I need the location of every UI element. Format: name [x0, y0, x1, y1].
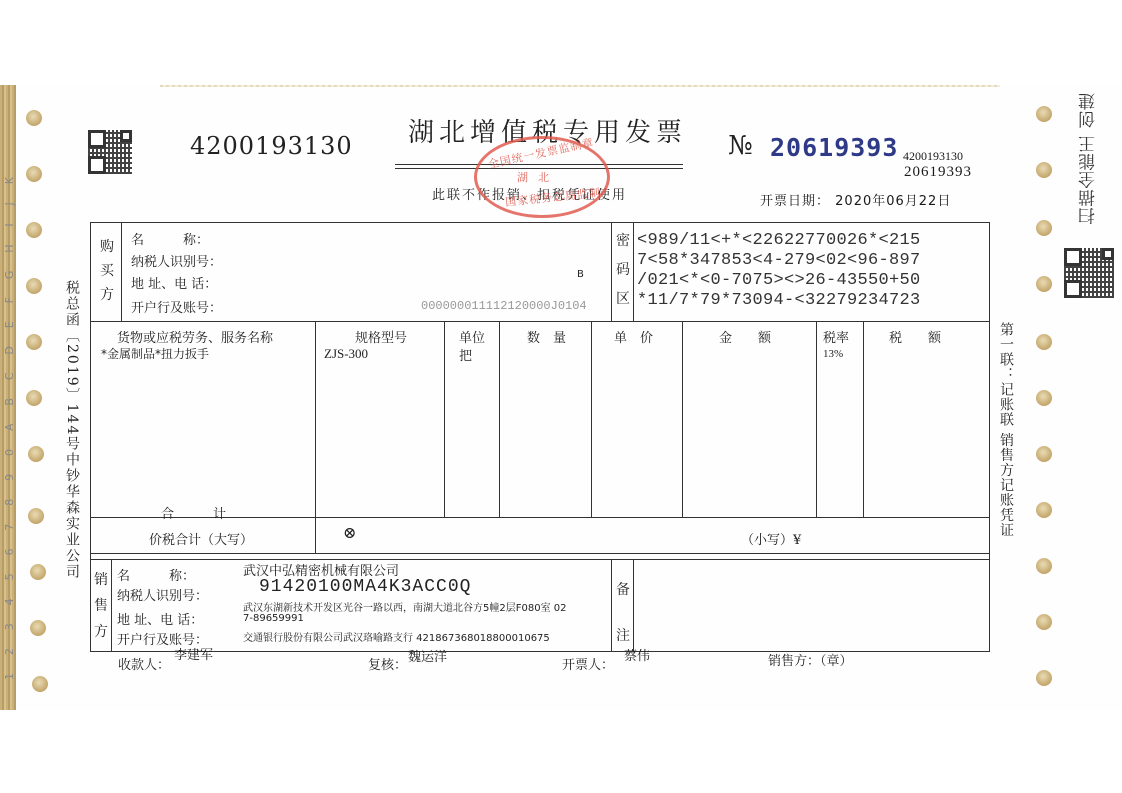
punch-hole	[1036, 106, 1052, 122]
divider	[633, 559, 634, 651]
paper-edge	[160, 85, 1000, 87]
seller-tax-id-label: 纳税人识别号：	[117, 585, 208, 604]
divider	[91, 321, 989, 322]
buyer-bank-label: 开户行及账号：	[131, 297, 222, 316]
number-sign: №	[728, 131, 753, 161]
seller-stamp-label: 销售方：（章）	[768, 650, 853, 669]
buyer-tax-id-label: 纳税人识别号：	[131, 251, 222, 270]
divider	[633, 223, 634, 321]
invoice-table: 购买方 名 称： 纳税人识别号： 地 址、电 话： B 开户行及账号： 0000…	[90, 222, 990, 652]
divider	[591, 321, 592, 517]
divider	[121, 223, 122, 321]
payee-label: 收款人：	[118, 654, 170, 673]
punch-hole	[1036, 334, 1052, 350]
divider	[315, 321, 316, 517]
punch-hole	[26, 166, 42, 182]
seal-text-bottom: 国家税务总局监制	[504, 184, 601, 210]
punch-hole	[28, 446, 44, 462]
column-ruler: 1 2 3 4 5 6 7 8 9 0 A B C D E F G H I J …	[3, 110, 17, 680]
cipher-line: /021<*<0-7075><>26-43550+50	[637, 271, 921, 291]
invoice-number-small: 20619393	[904, 164, 972, 181]
divider	[611, 223, 612, 321]
punch-hole	[1036, 614, 1052, 630]
punch-hole	[1036, 220, 1052, 236]
cross-circle-icon: ⊗	[343, 523, 356, 542]
item-spec: ZJS-300	[324, 346, 368, 362]
seller-bank-value: 交通银行股份有限公司武汉珞喻路支行 421867368018800010675	[243, 629, 550, 644]
punch-hole	[26, 110, 42, 126]
scanner-watermark: 扫描全能王 创建	[1076, 92, 1101, 224]
col-header-qty: 数 量	[527, 327, 566, 346]
divider	[91, 559, 989, 560]
buyer-address-label: 地 址、电 话：	[131, 273, 217, 292]
punch-hole	[1036, 502, 1052, 518]
col-header-rate: 税率	[823, 327, 849, 346]
seller-section-label: 销售方	[92, 567, 110, 645]
seller-tax-id-value: 91420100MA4K3ACC0Q	[259, 577, 471, 597]
drawer-label: 开票人：	[562, 654, 614, 673]
item-tax-rate: 13%	[823, 348, 843, 360]
issue-date-value: 2020年06月22日	[835, 194, 951, 209]
cipher-line: *11/7*79*73094-<32279234723	[637, 291, 921, 311]
cipher-line: <989/11<+*<22622770026*<215	[637, 231, 921, 251]
divider	[816, 321, 817, 517]
punch-hole	[26, 278, 42, 294]
punch-hole	[1036, 670, 1052, 686]
reviewer-label: 复核：	[368, 654, 407, 673]
divider	[682, 321, 683, 517]
qr-code-icon	[88, 130, 132, 174]
grand-total-lowercase-label: （小写）¥	[741, 529, 801, 548]
seller-address-value-1: 武汉东湖新技术开发区光谷一路以西，南湖大道北谷方5幢2层F080室 02	[243, 599, 566, 614]
seal-text-middle: 湖北	[517, 169, 559, 185]
cipher-area: <989/11<+*<22622770026*<2157<58*347853<4…	[637, 231, 921, 311]
punch-hole	[1036, 276, 1052, 292]
punch-hole	[1036, 446, 1052, 462]
issue-date-label: 开票日期：	[760, 194, 830, 209]
cipher-section-label: 密码区	[615, 227, 631, 314]
item-name: *金属制品*扭力扳手	[101, 345, 209, 362]
punch-hole	[1036, 390, 1052, 406]
buyer-address-value: B	[577, 269, 584, 280]
col-header-spec: 规格型号	[355, 327, 407, 346]
punch-hole	[26, 334, 42, 350]
col-header-tax: 税 额	[889, 327, 941, 346]
issue-date: 开票日期： 2020年06月22日	[760, 190, 951, 209]
invoice-code: 4200193130	[190, 132, 353, 160]
col-header-unit: 单位	[459, 327, 485, 346]
item-unit: 把	[459, 345, 472, 364]
punch-hole	[26, 390, 42, 406]
divider	[611, 559, 612, 651]
punch-hole	[28, 508, 44, 524]
drawer-name: 蔡伟	[624, 645, 650, 664]
divider	[863, 321, 864, 517]
buyer-section-label: 购买方	[98, 235, 116, 307]
seller-address-value-2: 7-89659991	[243, 613, 304, 624]
reviewer-name: 魏运洋	[408, 646, 447, 665]
seller-address-label: 地 址、电 话：	[117, 609, 203, 628]
col-header-amount: 金 额	[719, 327, 771, 346]
divider	[444, 321, 445, 517]
grand-total-label: 价税合计（大写）	[149, 529, 253, 548]
punch-hole	[1036, 162, 1052, 178]
total-label: 合 计	[161, 503, 226, 522]
payee-name: 李建军	[174, 644, 213, 663]
divider	[499, 321, 500, 517]
punch-hole	[1036, 558, 1052, 574]
buyer-bank-value: 000000011112120000J0104	[421, 299, 587, 313]
buyer-name-label: 名 称：	[131, 229, 209, 248]
invoice-code-small: 4200193130	[903, 149, 963, 164]
divider	[315, 517, 316, 553]
printer-note: 税总函〔2019〕144号中钞华森实业公司	[62, 280, 82, 580]
invoice-number: 20619393	[770, 133, 898, 162]
col-header-name: 货物或应税劳务、服务名称	[117, 327, 273, 346]
seller-name-label: 名 称：	[117, 565, 195, 584]
cipher-line: 7<58*347853<4-279<02<96-897	[637, 251, 921, 271]
punch-hole	[30, 620, 46, 636]
official-seal: 全国统一发票监制章 湖北 国家税务总局监制	[474, 136, 610, 218]
divider	[91, 553, 989, 554]
divider	[111, 559, 112, 651]
punch-hole	[26, 222, 42, 238]
col-header-price: 单 价	[614, 327, 653, 346]
watermark-qr-icon	[1064, 248, 1114, 298]
copy-designation: 第一联：记账联 销售方记账凭证	[996, 322, 1016, 537]
punch-hole	[30, 564, 46, 580]
punch-hole	[32, 676, 48, 692]
